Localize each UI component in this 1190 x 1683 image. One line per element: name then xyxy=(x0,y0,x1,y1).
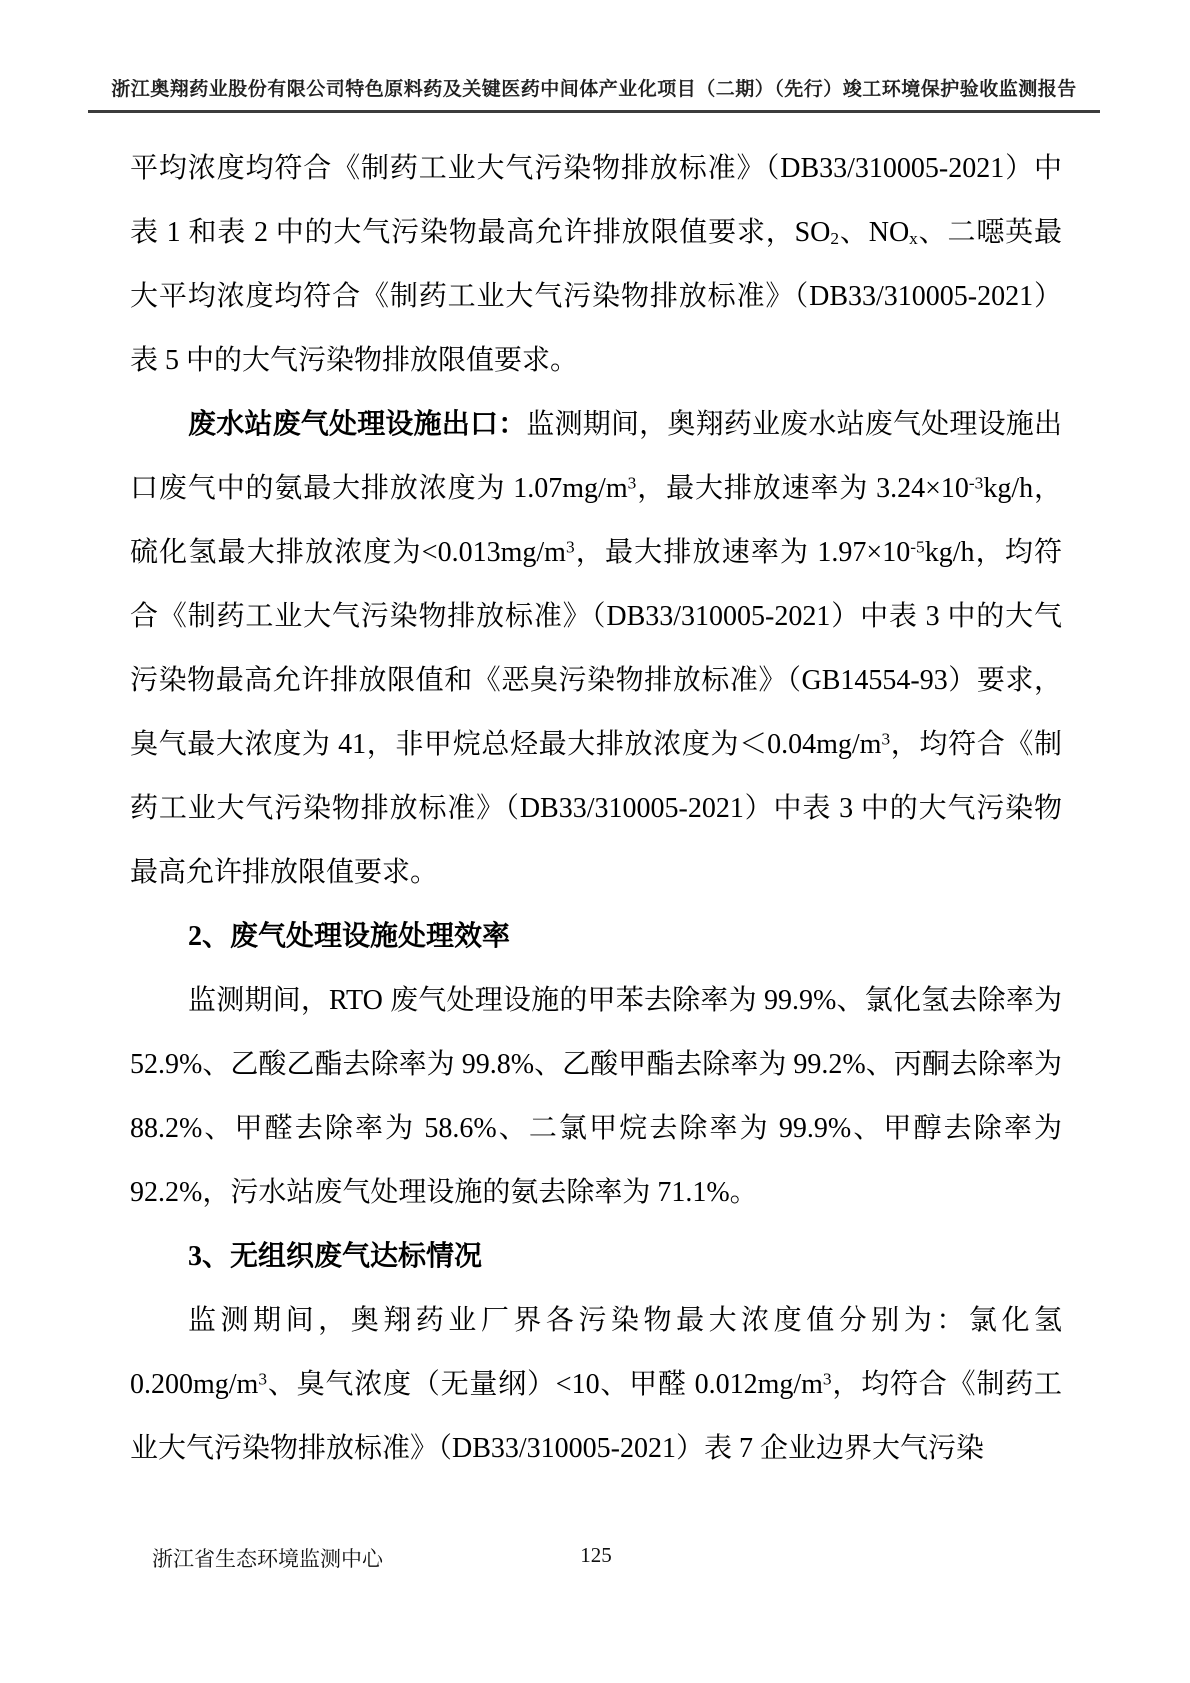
section-heading: 2、废气处理设施处理效率 xyxy=(130,905,1062,969)
page-footer: 浙江省生态环境监测中心 125 xyxy=(130,1543,1062,1583)
text-run: 、臭气浓度（无量纲）<10、甲醛 0.012mg/m xyxy=(267,1369,823,1400)
text-run: kg/h，均符合《制药工业大气污染物排放标准》（DB33/310005-2021… xyxy=(130,537,1062,760)
text-run: 3 xyxy=(628,474,637,493)
body-paragraph: 监测期间，RTO 废气处理设施的甲苯去除率为 99.9%、氯化氢去除率为 52.… xyxy=(130,969,1062,1225)
page-header: 浙江奥翔药业股份有限公司特色原料药及关键医药中间体产业化项目（二期）（先行）竣工… xyxy=(88,74,1100,113)
text-run: 3 xyxy=(566,538,575,557)
text-run: 3 xyxy=(823,1370,832,1389)
text-run: 2、废气处理设施处理效率 xyxy=(188,921,510,952)
text-run: 2 xyxy=(830,229,839,248)
text-run: -3 xyxy=(969,474,983,493)
text-run: 3 xyxy=(881,730,890,749)
text-run: ，最大排放速率为 1.97×10 xyxy=(575,537,911,568)
text-run: 废水站废气处理设施出口： xyxy=(188,409,526,440)
document-body: 平均浓度均符合《制药工业大气污染物排放标准》（DB33/310005-2021）… xyxy=(130,137,1062,1481)
body-paragraph: 平均浓度均符合《制药工业大气污染物排放标准》（DB33/310005-2021）… xyxy=(130,137,1062,393)
footer-page-number: 125 xyxy=(130,1543,1062,1568)
text-run: 3 xyxy=(258,1370,267,1389)
header-title: 浙江奥翔药业股份有限公司特色原料药及关键医药中间体产业化项目（二期）（先行）竣工… xyxy=(88,74,1100,101)
body-paragraph: 废水站废气处理设施出口：监测期间，奥翔药业废水站废气处理设施出口废气中的氨最大排… xyxy=(130,393,1062,905)
body-paragraph: 监测期间，奥翔药业厂界各污染物最大浓度值分别为：氯化氢 0.200mg/m3、臭… xyxy=(130,1289,1062,1481)
text-run: 3、无组织废气达标情况 xyxy=(188,1241,482,1272)
text-run: -5 xyxy=(910,538,924,557)
section-heading: 3、无组织废气达标情况 xyxy=(130,1225,1062,1289)
document-page: 浙江奥翔药业股份有限公司特色原料药及关键医药中间体产业化项目（二期）（先行）竣工… xyxy=(0,0,1190,1683)
text-run: 监测期间，RTO 废气处理设施的甲苯去除率为 99.9%、氯化氢去除率为 52.… xyxy=(130,985,1062,1208)
text-run: 、NO xyxy=(839,217,909,248)
text-run: x xyxy=(909,229,918,248)
text-run: ，最大排放速率为 3.24×10 xyxy=(636,473,969,504)
